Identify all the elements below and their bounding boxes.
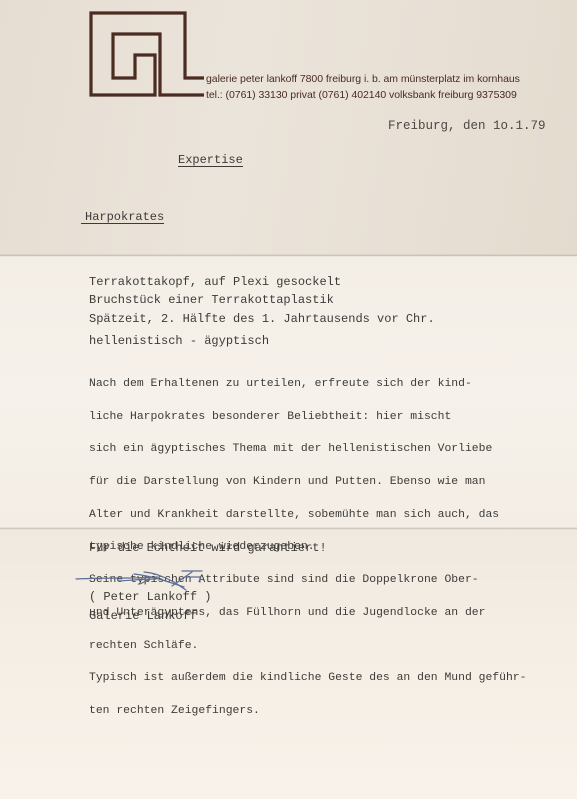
letterhead-address: galerie peter lankoff 7800 freiburg i. b… [206, 73, 520, 85]
body-line: ten rechten Zeigefingers. [89, 706, 526, 717]
description-line: Terrakottakopf, auf Plexi gesockelt [89, 276, 341, 288]
body-line: rechten Schläfe. [89, 641, 526, 652]
authenticity-statement: Für die Echtheit wird garantiert! [89, 542, 327, 554]
paper-fold-line [0, 254, 577, 257]
description-line: hellenistisch - ägyptisch [89, 335, 269, 347]
description-line: Bruchstück einer Terrakottaplastik [89, 294, 334, 306]
body-line: sich ein ägyptisches Thema mit der helle… [89, 444, 526, 455]
body-line: für die Darstellung von Kindern und Putt… [89, 477, 526, 488]
letter-date: Freiburg, den 1o.1.79 [388, 120, 546, 132]
gallery-name: Galerie Lankoff [89, 610, 197, 622]
signatory-name: ( Peter Lankoff ) [89, 591, 211, 603]
body-line: liche Harpokrates besonderer Beliebtheit… [89, 412, 526, 423]
description-line: Spätzeit, 2. Hälfte des 1. Jahrtausends … [89, 313, 435, 325]
document-title: Expertise [178, 154, 243, 167]
subject-heading: Harpokrates [81, 211, 164, 224]
body-line: Alter und Krankheit darstellte, sobemüht… [89, 510, 526, 521]
body-line: Nach dem Erhaltenen zu urteilen, erfreut… [89, 379, 526, 390]
letterhead-contact: tel.: (0761) 33130 privat (0761) 402140 … [206, 89, 517, 101]
body-line: Typisch ist außerdem die kindliche Geste… [89, 673, 526, 684]
